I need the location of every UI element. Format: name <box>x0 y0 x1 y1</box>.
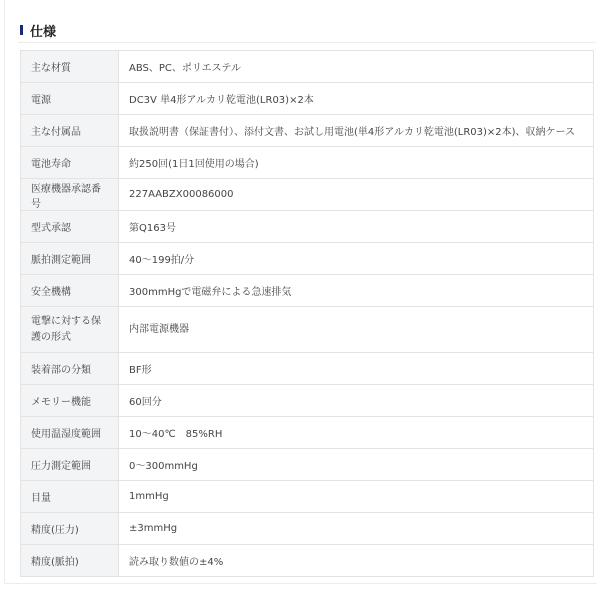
spec-value: 10～40℃ 85%RH <box>119 417 594 449</box>
spec-value: ±3mmHg <box>119 513 594 545</box>
table-row: 主な付属品 取扱説明書（保証書付）、添付文書、お試し用電池(単4形アルカリ乾電池… <box>21 115 594 147</box>
section-title: 仕様 <box>30 21 56 40</box>
spec-label: 型式承認 <box>21 211 119 243</box>
table-row: 目量 1mmHg <box>21 481 594 513</box>
table-row: 使用温湿度範囲 10～40℃ 85%RH <box>21 417 594 449</box>
heading-marker-icon <box>20 25 23 35</box>
spec-label: 精度(圧力) <box>21 513 119 545</box>
spec-label: 電源 <box>21 83 119 115</box>
spec-label: 脈拍測定範囲 <box>21 243 119 275</box>
table-row: 脈拍測定範囲 40～199拍/分 <box>21 243 594 275</box>
table-row: 型式承認 第Q163号 <box>21 211 594 243</box>
spec-value: 1mmHg <box>119 481 594 513</box>
spec-label: 安全機構 <box>21 275 119 307</box>
spec-label: 主な材質 <box>21 51 119 83</box>
spec-value: ABS、PC、ポリエステル <box>119 51 594 83</box>
spec-value: 227AABZX00086000 <box>119 179 594 211</box>
table-row: 電撃に対する保護の形式 内部電源機器 <box>21 307 594 353</box>
table-row: 装着部の分類 BF形 <box>21 353 594 385</box>
spec-label: 目量 <box>21 481 119 513</box>
table-row: 医療機器承認番号 227AABZX00086000 <box>21 179 594 211</box>
spec-label: 使用温湿度範囲 <box>21 417 119 449</box>
spec-label: 医療機器承認番号 <box>21 179 119 211</box>
spec-value: 60回分 <box>119 385 594 417</box>
table-row: 精度(脈拍) 読み取り数値の±4% <box>21 545 594 577</box>
spec-label: 圧力測定範囲 <box>21 449 119 481</box>
table-row: 精度(圧力) ±3mmHg <box>21 513 594 545</box>
table-row: 安全機構 300mmHgで電磁弁による急速排気 <box>21 275 594 307</box>
spec-value: 読み取り数値の±4% <box>119 545 594 577</box>
spec-value: DC3V 単4形アルカリ乾電池(LR03)×2本 <box>119 83 594 115</box>
spec-label: 主な付属品 <box>21 115 119 147</box>
table-row: 電源 DC3V 単4形アルカリ乾電池(LR03)×2本 <box>21 83 594 115</box>
spec-label: 電撃に対する保護の形式 <box>21 307 119 353</box>
spec-label: 装着部の分類 <box>21 353 119 385</box>
table-row: 主な材質 ABS、PC、ポリエステル <box>21 51 594 83</box>
spec-value: 40～199拍/分 <box>119 243 594 275</box>
table-row: 電池寿命 約250回(1日1回使用の場合) <box>21 147 594 179</box>
spec-value: 300mmHgで電磁弁による急速排気 <box>119 275 594 307</box>
spec-label: メモリー機能 <box>21 385 119 417</box>
spec-value: 約250回(1日1回使用の場合) <box>119 147 594 179</box>
spec-value: 取扱説明書（保証書付）、添付文書、お試し用電池(単4形アルカリ乾電池(LR03)… <box>119 115 594 147</box>
spec-value: BF形 <box>119 353 594 385</box>
spec-label: 電池寿命 <box>21 147 119 179</box>
spec-table: 主な材質 ABS、PC、ポリエステル 電源 DC3V 単4形アルカリ乾電池(LR… <box>20 50 594 577</box>
table-row: メモリー機能 60回分 <box>21 385 594 417</box>
spec-value: 第Q163号 <box>119 211 594 243</box>
divider <box>18 42 596 43</box>
section-heading: 仕様 <box>20 20 56 40</box>
spec-label: 精度(脈拍) <box>21 545 119 577</box>
table-row: 圧力測定範囲 0～300mmHg <box>21 449 594 481</box>
spec-value: 内部電源機器 <box>119 307 594 353</box>
spec-value: 0～300mmHg <box>119 449 594 481</box>
